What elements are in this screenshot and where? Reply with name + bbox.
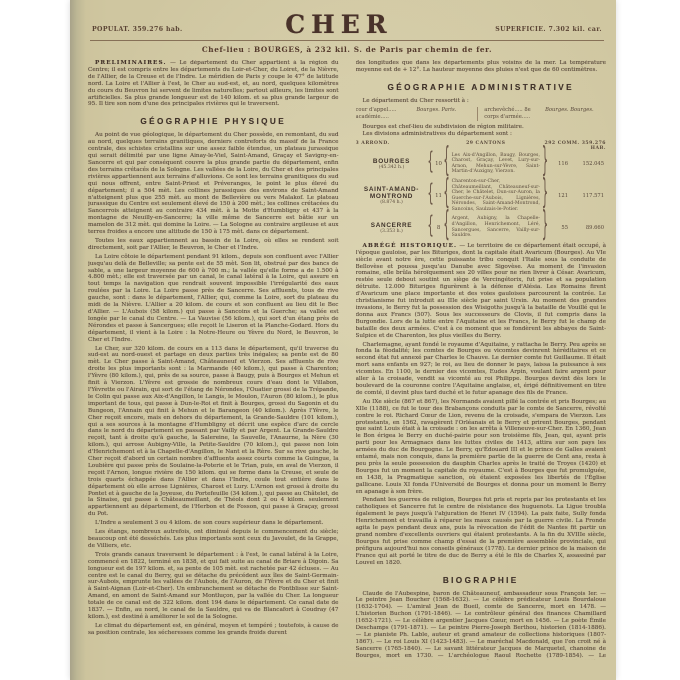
militaire-note: Bourges est chef-lieu de subdivision de … <box>356 124 607 131</box>
arrondissements-table-header: 3 ARROND. 29 CANTONS 292 COMM. 359.276 H… <box>356 141 607 151</box>
preliminaires-paragraph: PRÉLIMINAIRES. — Le département du Cher … <box>88 60 339 108</box>
ressort-intro: Le département du Cher ressortit à : <box>356 98 607 105</box>
brace-glyph: } <box>542 211 548 245</box>
geo-physique-paragraph: Les étangs, nombreux autrefois, ont dimi… <box>88 529 339 550</box>
habitants-count: 117.571 <box>568 193 606 199</box>
climate-continuation-paragraph: des longitudes que dans les départements… <box>356 60 607 74</box>
geo-physique-paragraph: Le climat du département est, en général… <box>88 623 339 637</box>
arrondissement-pop: (3.353 h.) <box>356 229 428 234</box>
table-row: BOURGES (45.342 h.) { 10 { Les Aix-d'Ang… <box>356 153 607 175</box>
geo-physique-paragraph: Toutes les eaux appartiennent au bassin … <box>88 238 339 252</box>
scanned-page-background: POPULAT. 359.276 hab. CHER SUPERFICIE. 7… <box>0 0 680 680</box>
arrondissement-name: SAINT-AMAND-MONTROND <box>356 186 428 200</box>
habitants-count: 89.660 <box>568 225 606 231</box>
geo-physique-paragraph: Trois grands canaux traversent le départ… <box>88 552 339 621</box>
communes-count: 121 <box>548 193 568 199</box>
preliminaires-label: PRÉLIMINAIRES. <box>95 60 167 66</box>
header-comm-hab: 292 COMM. 359.276 HAB. <box>544 141 606 151</box>
ressort-right-labels: archevêché..... 8e corps d'armée..... <box>484 107 545 121</box>
header-arrond: 3 ARROND. <box>356 141 428 151</box>
masthead-rule <box>90 40 604 41</box>
geo-physique-paragraph: Le Cher, sur 320 kilom. de cours en a 11… <box>88 346 339 519</box>
ressort-left-labels: cour d'appel..... académie..... <box>356 107 417 121</box>
arrondissement-pop: (8.874 h.) <box>356 200 428 205</box>
geo-physique-paragraph: Au point de vue géologique, le départeme… <box>88 132 339 236</box>
ressort-left-values: Bourges. Paris. <box>416 107 477 121</box>
chef-lieu-line: Chef-lieu : BOURGES, à 232 kil. S. de Pa… <box>88 45 606 54</box>
population-stat: POPULAT. 359.276 hab. <box>92 26 183 37</box>
arrondissement-name: BOURGES <box>356 158 428 165</box>
left-column: PRÉLIMINAIRES. — Le département du Cher … <box>88 60 339 660</box>
communes-count: 55 <box>548 225 568 231</box>
arrondissement-name: SANCERRE <box>356 222 428 229</box>
geo-physique-paragraph: La Loire côtoie le département pendant 9… <box>88 254 339 344</box>
book-page: POPULAT. 359.276 hab. CHER SUPERFICIE. 7… <box>70 0 616 680</box>
right-column: des longitudes que dans les départements… <box>356 60 607 660</box>
arrondissement-pop: (45.342 h.) <box>356 165 428 170</box>
cantons-count: 11 <box>434 193 444 199</box>
cantons-count: 10 <box>434 161 444 167</box>
abrege-historique-paragraph: Pendant les guerres de religion, Bourges… <box>356 497 607 566</box>
abrege-historique-paragraph: ABRÉGÉ HISTORIQUE. — Le territoire de ce… <box>356 243 607 340</box>
biographie-heading: BIOGRAPHIE <box>356 576 607 585</box>
arrondissements-table: 3 ARROND. 29 CANTONS 292 COMM. 359.276 H… <box>356 141 607 239</box>
table-row: SANCERRE (3.353 h.) { 8 { Argent, Aubign… <box>356 216 607 238</box>
communes-count: 116 <box>548 161 568 167</box>
ressort-table: cour d'appel..... académie..... Bourges.… <box>356 107 607 121</box>
cantons-count: 8 <box>434 225 444 231</box>
cantons-list: Charenton-sur-Cher, Châteaumeillant, Châ… <box>450 179 542 213</box>
brace-glyph: { <box>428 184 434 208</box>
geographie-administrative-heading: GÉOGRAPHIE ADMINISTRATIVE <box>356 83 607 92</box>
page-masthead: POPULAT. 359.276 hab. CHER SUPERFICIE. 7… <box>88 12 606 37</box>
superficie-stat: SUPERFICIE. 7.302 kil. car. <box>495 26 602 37</box>
biographie-paragraph: Claude de l'Aubespine, baron de Châteaun… <box>356 591 607 660</box>
table-row: SAINT-AMAND-MONTROND (8.874 h.) { 11 { C… <box>356 179 607 213</box>
cantons-list: Argent, Aubigny, la Chapelle-d'Angillon,… <box>450 216 542 238</box>
geo-physique-paragraph: L'Indre a seulement 3 ou 4 kilom. de son… <box>88 520 339 527</box>
brace-glyph: { <box>444 211 450 245</box>
habitants-count: 152.045 <box>568 161 606 167</box>
geographie-physique-heading: GÉOGRAPHIE PHYSIQUE <box>88 117 339 126</box>
divisions-intro: Les divisions administratives du départe… <box>356 131 607 138</box>
abrege-historique-paragraph: Charlemagne, ayant fondé le royaume d'Aq… <box>356 342 607 397</box>
page-title: CHER <box>285 12 392 37</box>
abrege-historique-paragraph: Au IXe siècle (867 et 867), les Normands… <box>356 399 607 496</box>
cantons-list: Les Aix-d'Angillon, Baugy, Bourges, Char… <box>450 153 542 175</box>
ressort-right-values: Bourges. Bourges. <box>545 107 606 121</box>
brace-glyph: { <box>428 152 434 176</box>
brace-glyph: { <box>428 216 434 240</box>
